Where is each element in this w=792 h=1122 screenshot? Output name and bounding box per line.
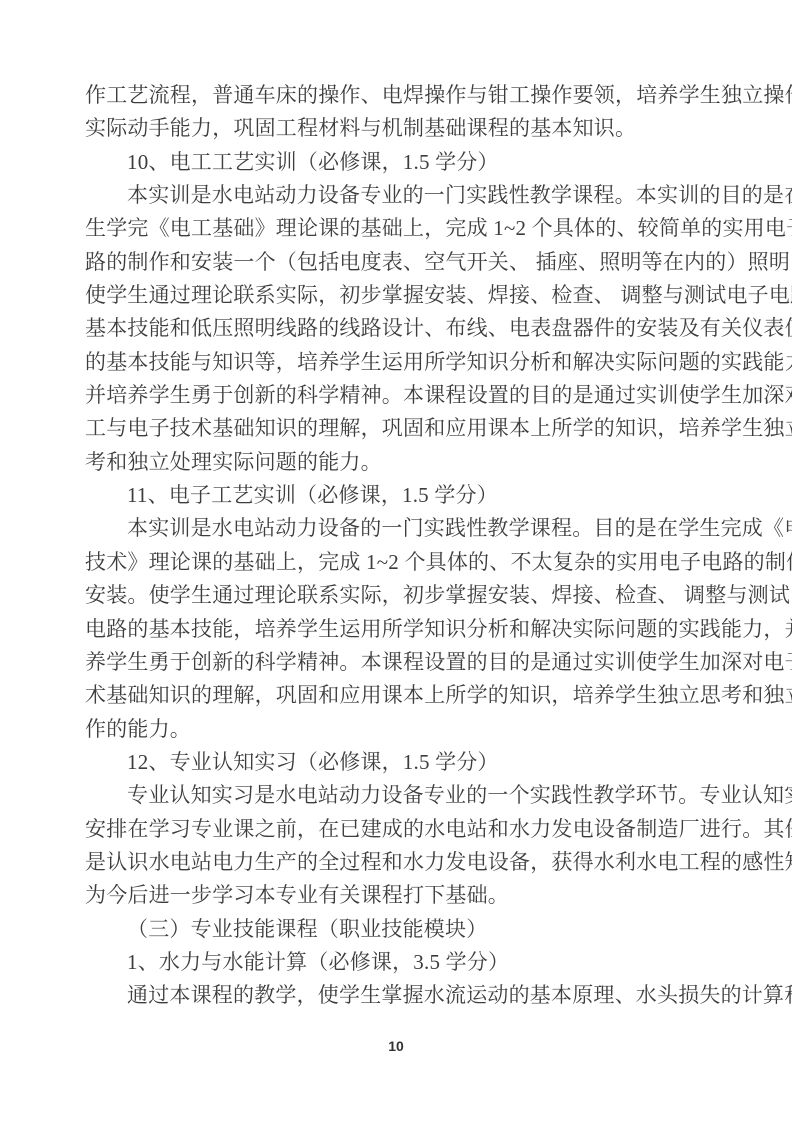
- paragraph-line: 生学完《电工基础》理论课的基础上，完成 1~2 个具体的、较简单的实用电子电: [85, 212, 712, 245]
- paragraph-line: 作工艺流程，普通车床的操作、电焊操作与钳工操作要领，培养学生独立操作和: [85, 79, 712, 112]
- paragraph-line: 安排在学习专业课之前，在已建成的水电站和水力发电设备制造厂进行。其任务: [85, 813, 712, 846]
- heading-course-12: 12、专业认知实习（必修课，1.5 学分）: [85, 746, 712, 779]
- paragraph-line: 术基础知识的理解，巩固和应用课本上所学的知识，培养学生独立思考和独立工: [85, 679, 712, 712]
- paragraph-line: 电路的基本技能，培养学生运用所学知识分析和解决实际问题的实践能力，并培: [85, 613, 712, 646]
- paragraph-line: 技术》理论课的基础上，完成 1~2 个具体的、不太复杂的实用电子电路的制作和: [85, 546, 712, 579]
- document-body: 作工艺流程，普通车床的操作、电焊操作与钳工操作要领，培养学生独立操作和 实际动手…: [85, 79, 712, 1013]
- paragraph-line: 专业认知实习是水电站动力设备专业的一个实践性教学环节。专业认知实习: [85, 779, 712, 812]
- heading-course-11: 11、电子工艺实训（必修课，1.5 学分）: [85, 479, 712, 512]
- paragraph-line: 基本技能和低压照明线路的线路设计、布线、电表盘器件的安装及有关仪表使用: [85, 312, 712, 345]
- heading-section-3: （三）专业技能课程（职业技能模块）: [85, 913, 712, 946]
- paragraph-line: 实际动手能力，巩固工程材料与机制基础课程的基本知识。: [85, 112, 712, 145]
- heading-course-1: 1、水力与水能计算（必修课，3.5 学分）: [85, 946, 712, 979]
- heading-course-10: 10、电工工艺实训（必修课，1.5 学分）: [85, 146, 712, 179]
- paragraph-line: 是认识水电站电力生产的全过程和水力发电设备，获得水利水电工程的感性知识，: [85, 846, 712, 879]
- paragraph-line: 的基本技能与知识等，培养学生运用所学知识分析和解决实际问题的实践能力，: [85, 346, 712, 379]
- document-page: 作工艺流程，普通车床的操作、电焊操作与钳工操作要领，培养学生独立操作和 实际动手…: [0, 0, 792, 1122]
- paragraph-line: 本实训是水电站动力设备专业的一门实践性教学课程。本实训的目的是在学: [85, 179, 712, 212]
- paragraph-line: 本实训是水电站动力设备的一门实践性教学课程。目的是在学生完成《电子: [85, 512, 712, 545]
- paragraph-line: 作的能力。: [85, 713, 712, 746]
- paragraph-line: 通过本课程的教学，使学生掌握水流运动的基本原理、水头损失的计算和管: [85, 979, 712, 1012]
- paragraph-line: 使学生通过理论联系实际，初步掌握安装、焊接、检查、 调整与测试电子电路的: [85, 279, 712, 312]
- paragraph-line: 并培养学生勇于创新的科学精神。本课程设置的目的是通过实训使学生加深对电: [85, 379, 712, 412]
- paragraph-line: 养学生勇于创新的科学精神。本课程设置的目的是通过实训使学生加深对电子技: [85, 646, 712, 679]
- paragraph-line: 安装。使学生通过理论联系实际，初步掌握安装、焊接、检查、 调整与测试电子: [85, 579, 712, 612]
- paragraph-line: 路的制作和安装一个（包括电度表、空气开关、 插座、照明等在内的）照明电路。: [85, 246, 712, 279]
- page-number: 10: [0, 1038, 792, 1054]
- paragraph-line: 考和独立处理实际问题的能力。: [85, 446, 712, 479]
- paragraph-line: 工与电子技术基础知识的理解，巩固和应用课本上所学的知识，培养学生独立思: [85, 412, 712, 445]
- paragraph-line: 为今后进一步学习本专业有关课程打下基础。: [85, 879, 712, 912]
